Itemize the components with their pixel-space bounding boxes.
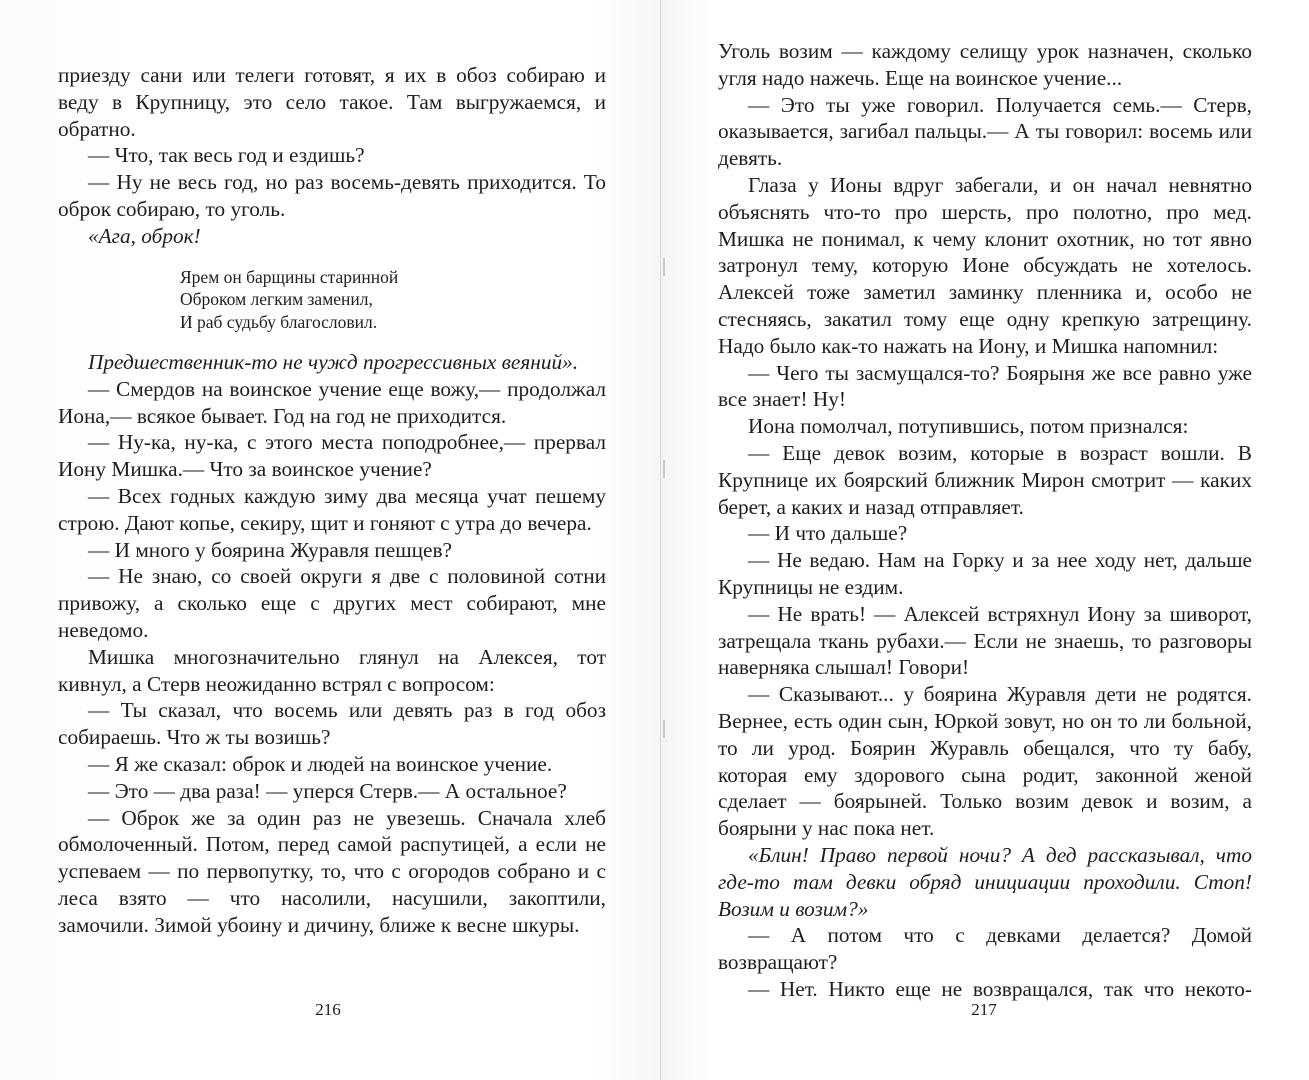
paragraph-dialogue: — Не ведаю. Нам на Горку и за нее ходу н… <box>718 547 1252 601</box>
verse-line: И раб судьбу благословил. <box>180 311 606 334</box>
paragraph-dialogue: — Это — два раза! — уперся Стерв.— А ост… <box>58 778 606 805</box>
paragraph-narrative: Глаза у Ионы вдруг забегали, и он начал … <box>718 172 1252 360</box>
paragraph-dialogue: — Что, так весь год и ездишь? <box>58 142 606 169</box>
paragraph-inner-thought: «Ага, оброк! <box>58 223 606 250</box>
paragraph-dialogue: — Чего ты засмущался-то? Боярыня же все … <box>718 360 1252 414</box>
page-number-left: 216 <box>298 1000 358 1020</box>
book-spread: приезду сани или телеги готовят, я их в … <box>0 0 1309 1080</box>
paragraph-inner-thought: «Блин! Право первой ночи? А дед рассказы… <box>718 842 1252 922</box>
left-page-text: приезду сани или телеги готовят, я их в … <box>58 62 606 939</box>
right-page-text: Уголь возим — каждому селищу урок назнач… <box>718 38 1252 1003</box>
paragraph-narrative: Иона помолчал, потупившись, потом призна… <box>718 413 1252 440</box>
verse-line: Ярем он барщины старинной <box>180 266 606 289</box>
paragraph-dialogue: — А потом что с девками делается? Домой … <box>718 922 1252 976</box>
paragraph-dialogue: — Это ты уже говорил. Получается семь.— … <box>718 92 1252 172</box>
gutter-mark <box>663 258 665 276</box>
paragraph-dialogue: — Не знаю, со своей округи я две с полов… <box>58 563 606 643</box>
verse-quote: Ярем он барщины старинной Оброком легким… <box>180 266 606 334</box>
paragraph-dialogue: — Я же сказал: оброк и людей на воинское… <box>58 751 606 778</box>
paragraph-dialogue: — Не врать! — Алексей встряхнул Иону за … <box>718 601 1252 681</box>
paragraph-dialogue: — Ну-ка, ну-ка, с этого места поподробне… <box>58 429 606 483</box>
gutter-mark <box>663 460 665 478</box>
paragraph-dialogue: — Ну не весь год, но раз восемь-девять п… <box>58 169 606 223</box>
paragraph-dialogue: — И много у боярина Журавля пешцев? <box>58 537 606 564</box>
paragraph-continuation: приезду сани или телеги готовят, я их в … <box>58 62 606 142</box>
paragraph-dialogue: — Смердов на воинское учение еще вожу,— … <box>58 376 606 430</box>
verse-line: Оброком легким заменил, <box>180 288 606 311</box>
paragraph-dialogue: — И что дальше? <box>718 520 1252 547</box>
paragraph-narrative: Мишка многозначительно глянул на Алексея… <box>58 644 606 698</box>
paragraph-inner-thought: Предшественник-то не чужд прогрессивных … <box>58 349 606 376</box>
paragraph-dialogue: — Оброк же за один раз не увезешь. Снача… <box>58 805 606 939</box>
page-number-right: 217 <box>954 1000 1014 1020</box>
paragraph-dialogue: — Всех годных каждую зиму два месяца уча… <box>58 483 606 537</box>
paragraph-dialogue: — Еще девок возим, которые в возраст вош… <box>718 440 1252 520</box>
paragraph-dialogue: — Сказывают... у боярина Журавля дети не… <box>718 681 1252 842</box>
gutter-mark <box>663 720 665 738</box>
paragraph-continuation: Уголь возим — каждому селищу урок назнач… <box>718 38 1252 92</box>
paragraph-dialogue: — Ты сказал, что восемь или девять раз в… <box>58 697 606 751</box>
paragraph-dialogue: — Нет. Никто еще не возвращался, так что… <box>718 976 1252 1003</box>
